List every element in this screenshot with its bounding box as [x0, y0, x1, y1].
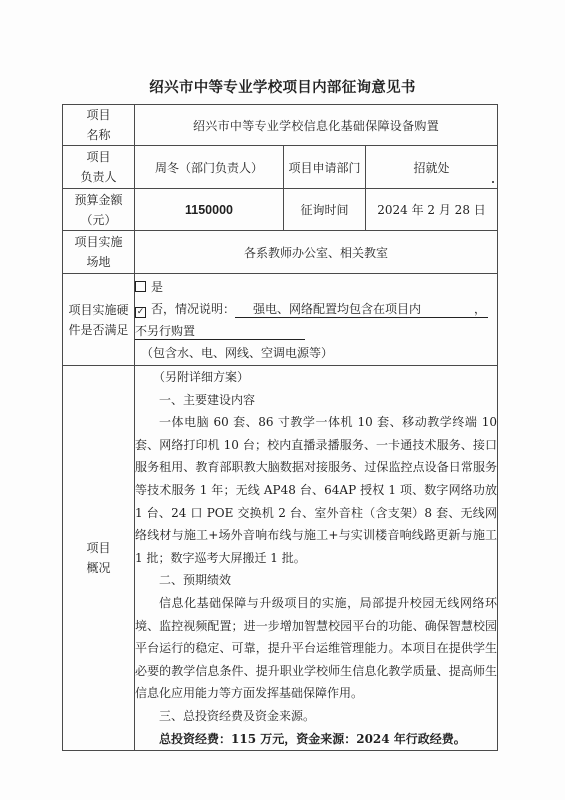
project-name-label: 项目 名称	[63, 105, 135, 146]
explanation-line-2: 不另行购置	[135, 323, 305, 340]
option-yes[interactable]: 是	[135, 276, 497, 298]
project-owner-value: 周冬（部门负责人）	[135, 146, 284, 189]
option-no-label: 否，情况说明：	[151, 302, 235, 316]
explanation-line-2-row: 不另行购置	[135, 320, 497, 342]
budget-value: 1150000	[135, 189, 284, 231]
row-implementation-site: 项目实施 场地 各系教师办公室、相关教室	[63, 231, 498, 274]
overview-content: （另附详细方案） 一、主要建设内容 一体电脑 60 套、86 寸教学一体机 10…	[135, 366, 498, 751]
section1-body: 一体电脑 60 套、86 寸教学一体机 10 套、移动教学终端 10 套、网络打…	[135, 411, 497, 569]
scan-dot	[492, 181, 494, 183]
consultation-time-label: 征询时间	[284, 189, 366, 231]
consultation-time-value: 2024 年 2 月 28 日	[366, 189, 498, 231]
section3-body: 总投资经费：115 万元，资金来源：2024 年行政经费。	[135, 728, 497, 751]
row-project-overview: 项目 概况 （另附详细方案） 一、主要建设内容 一体电脑 60 套、86 寸教学…	[63, 366, 498, 751]
section2-heading: 二、预期绩效	[135, 569, 497, 592]
hardware-label: 项目实施硬 件是否满足	[63, 274, 135, 366]
hardware-options: 是 ✓否，情况说明：强电、网络配置均包含在项目内， 不另行购置 （包含水、电、网…	[135, 274, 498, 366]
page-title: 绍兴市中等专业学校项目内部征询意见书	[0, 76, 565, 97]
overview-label: 项目 概况	[63, 366, 135, 751]
explanation-line-1: 强电、网络配置均包含在项目内，	[235, 301, 488, 318]
applying-dept-value: 招就处	[366, 146, 498, 189]
site-label: 项目实施 场地	[63, 231, 135, 274]
applying-dept-label: 项目申请部门	[284, 146, 366, 189]
consultation-form-table: 项目 名称 绍兴市中等专业学校信息化基础保障设备购置 项目 负责人 周冬（部门负…	[62, 104, 498, 751]
row-project-name: 项目 名称 绍兴市中等专业学校信息化基础保障设备购置	[63, 105, 498, 146]
option-yes-label: 是	[151, 280, 163, 294]
project-owner-label: 项目 负责人	[63, 146, 135, 189]
row-hardware-check: 项目实施硬 件是否满足 是 ✓否，情况说明：强电、网络配置均包含在项目内， 不另…	[63, 274, 498, 366]
site-value: 各系教师办公室、相关教室	[135, 231, 498, 274]
hardware-note: （包含水、电、网线、空调电源等）	[135, 342, 497, 364]
section3-heading: 三、总投资经费及资金来源。	[135, 705, 497, 728]
section1-heading: 一、主要建设内容	[135, 389, 497, 412]
attachment-note: （另附详细方案）	[135, 366, 497, 389]
checkbox-checked-icon[interactable]: ✓	[135, 307, 146, 318]
project-name-value: 绍兴市中等专业学校信息化基础保障设备购置	[135, 105, 498, 146]
row-project-owner: 项目 负责人 周冬（部门负责人） 项目申请部门 招就处	[63, 146, 498, 189]
checkbox-unchecked-icon[interactable]	[135, 281, 146, 292]
budget-label: 预算金额 （元）	[63, 189, 135, 231]
section2-body: 信息化基础保障与升级项目的实施，局部提升校园无线网络环境、监控视频配置；进一步增…	[135, 592, 497, 705]
option-no[interactable]: ✓否，情况说明：强电、网络配置均包含在项目内，	[135, 298, 497, 320]
row-budget: 预算金额 （元） 1150000 征询时间 2024 年 2 月 28 日	[63, 189, 498, 231]
